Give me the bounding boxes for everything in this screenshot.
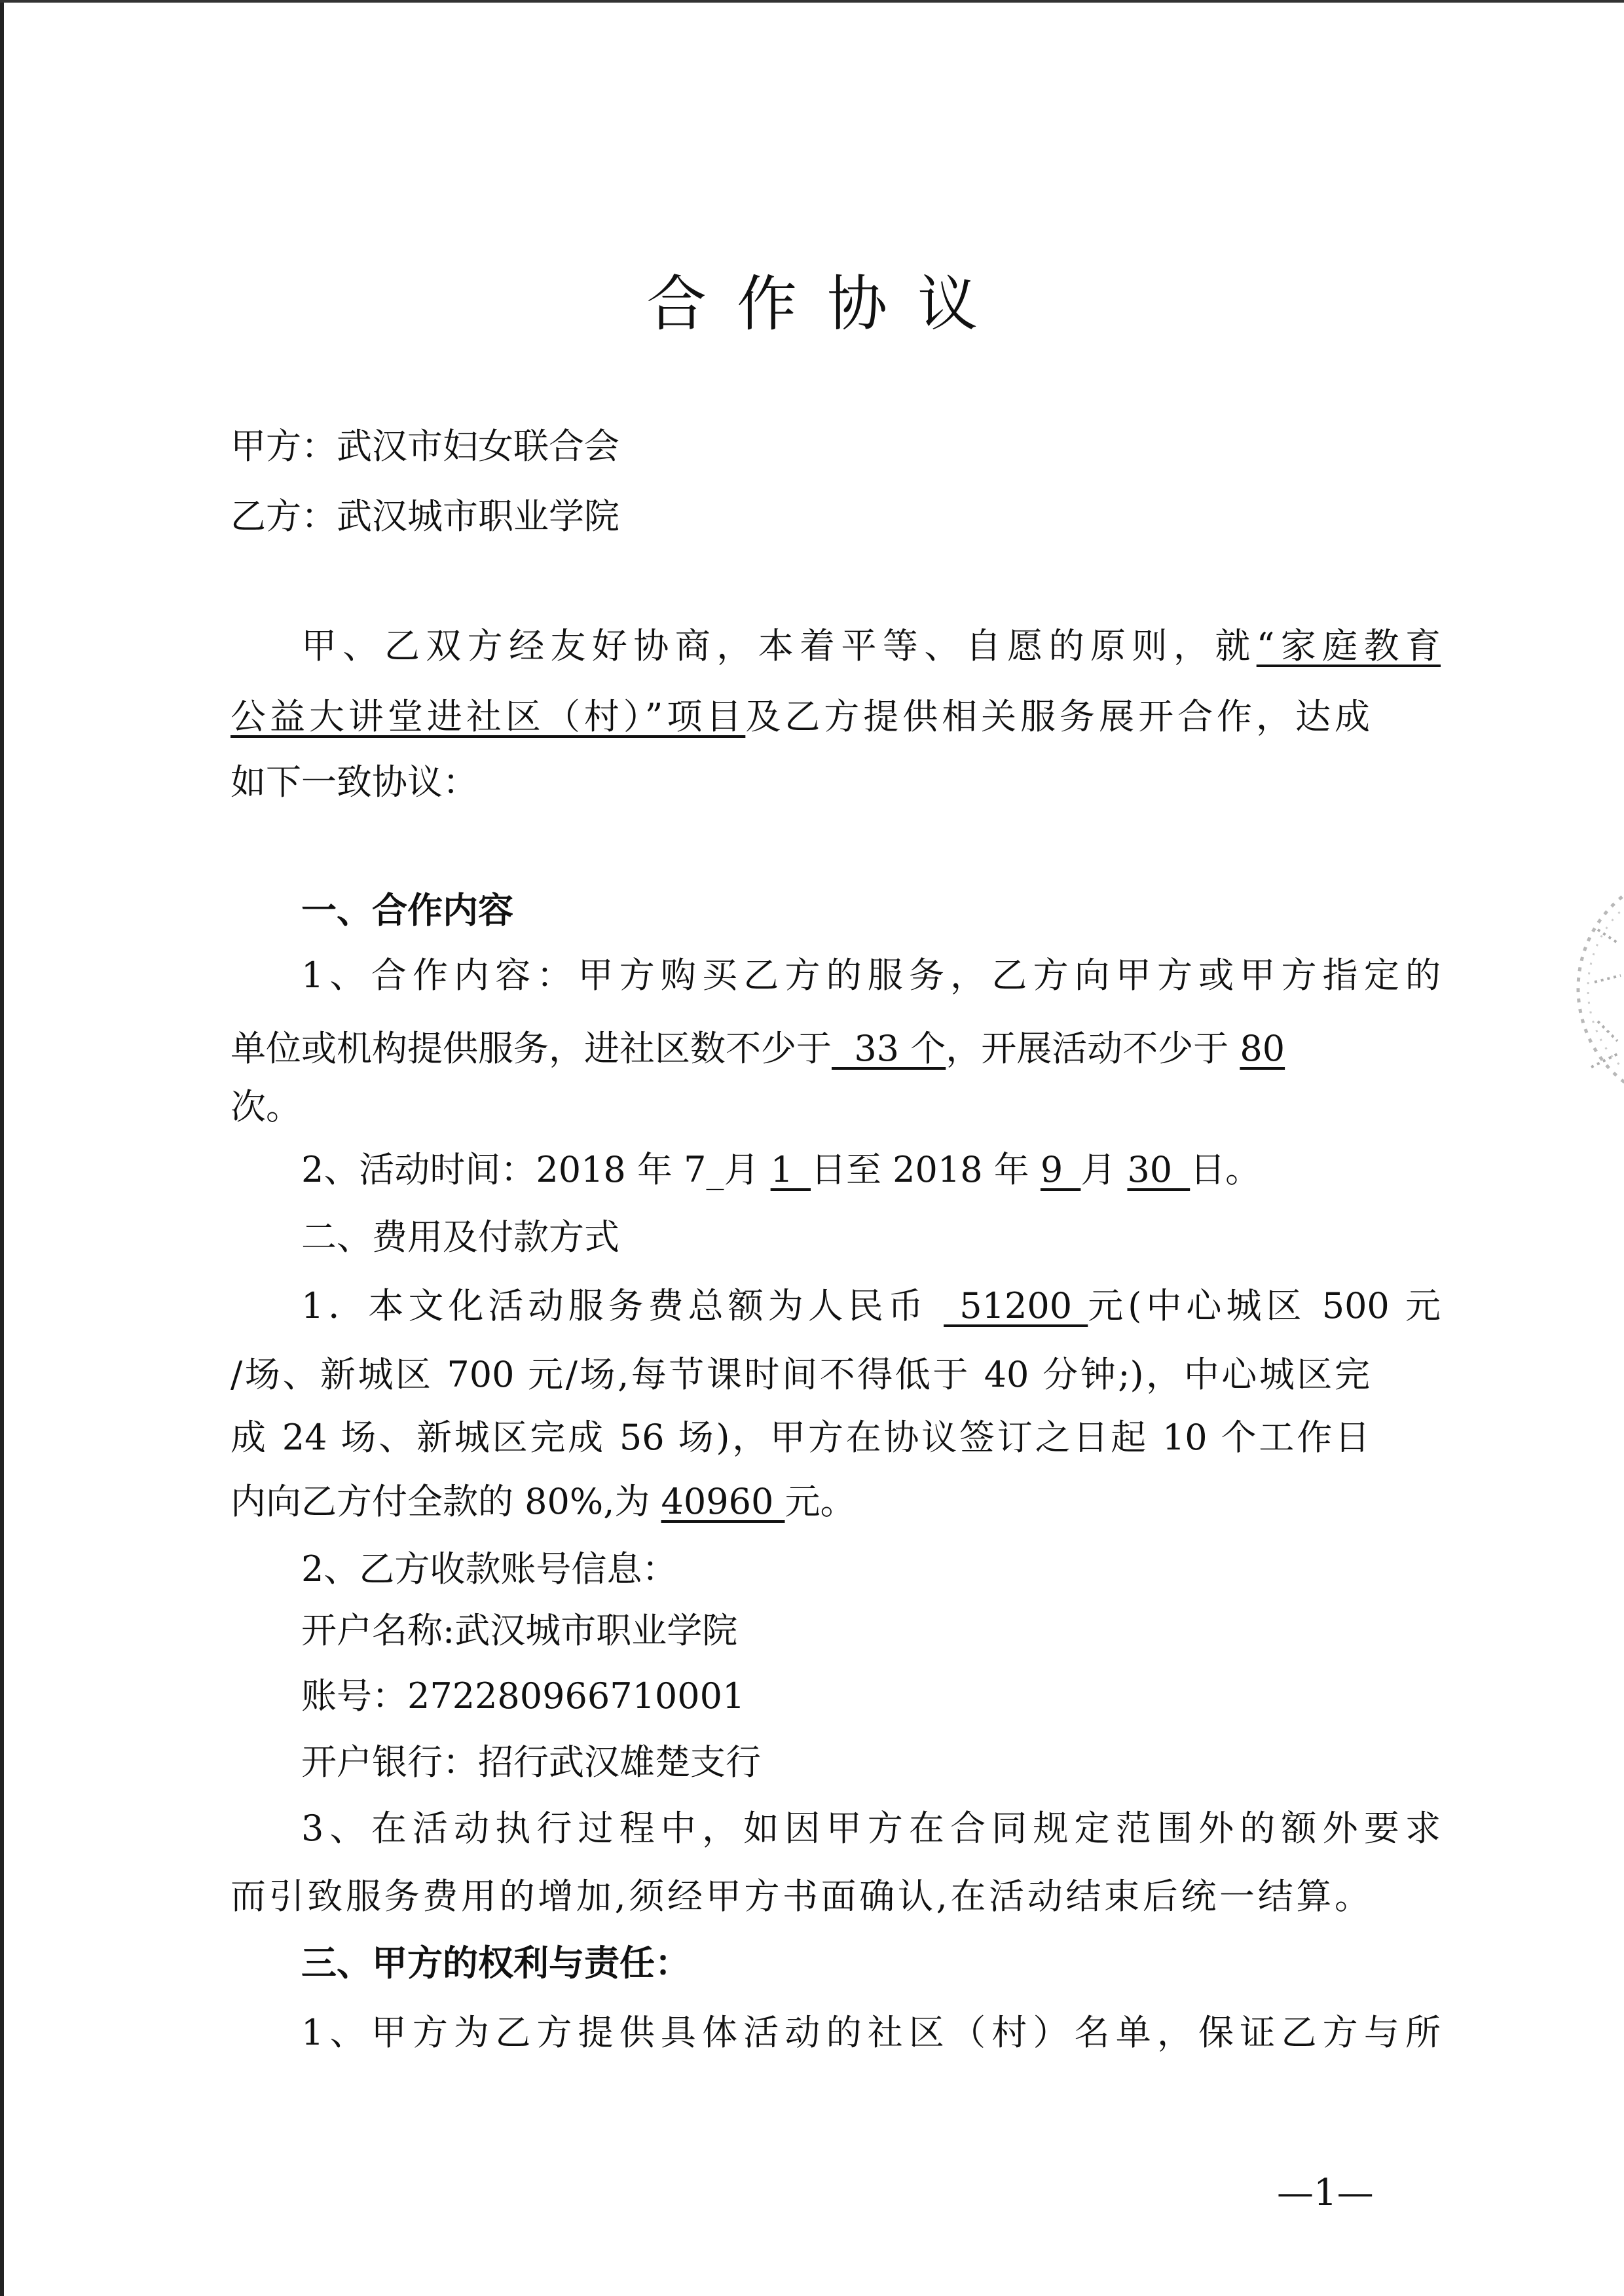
scan-border-left: [0, 0, 4, 2296]
text: 1．本文化活动服务费总额为人民币: [301, 1285, 944, 1326]
s1-item1-line2: 单位或机构提供服务，进社区数不少于 33 个，开展活动不少于 80: [231, 1026, 1370, 1072]
text: 月: [1080, 1149, 1127, 1190]
scan-border-top: [0, 0, 1624, 3]
preamble-line-3: 如下一致协议：: [231, 759, 1370, 805]
preamble-line-2: 公益大讲堂进社区（村）”项目及乙方提供相关服务展开合作，达成: [231, 694, 1370, 740]
s2-item1-line1: 1．本文化活动服务费总额为人民币 51200 元(中心城区 500 元: [231, 1283, 1441, 1329]
text: 2、活动时间：2018 年 7_月: [301, 1149, 771, 1190]
section-1-heading: 一、合作内容: [231, 887, 1441, 933]
s1-item2-dates: 2、活动时间：2018 年 7_月 1_日至 2018 年 9_月 30_日。: [231, 1147, 1441, 1193]
document-title: 合作协议: [0, 268, 1624, 340]
project-name-underlined: “家庭教育: [1257, 625, 1441, 666]
text: 日。: [1190, 1149, 1261, 1190]
text: 单位或机构提供服务，进社区数不少于: [231, 1028, 832, 1069]
page-number: —1—: [1277, 2167, 1374, 2219]
community-count: 33 个: [832, 1028, 946, 1069]
account-number: 账号：272280966710001: [231, 1673, 1441, 1719]
text: 内向乙方付全款的 80%,为: [231, 1481, 661, 1522]
party-a-name: 武汉市妇女联合会: [337, 426, 619, 467]
bank-name: 开户银行：招行武汉雄楚支行: [231, 1740, 1441, 1785]
party-a-label: 甲方：: [231, 426, 337, 467]
activity-count: 80: [1240, 1028, 1285, 1069]
s1-item1-line3: 次。: [231, 1084, 1370, 1130]
section-2-heading: 二、费用及付款方式: [231, 1214, 1441, 1260]
party-b: 乙方：武汉城市职业学院: [231, 494, 1370, 539]
s2-item1-line3: 成 24 场、新城区完成 56 场)，甲方在协议签订之日起 10 个工作日: [231, 1415, 1370, 1461]
total-fee: 51200: [944, 1285, 1088, 1326]
project-name-underlined: 公益大讲堂进社区（村）”项目: [231, 696, 745, 737]
text: ，开展活动不少于: [946, 1028, 1240, 1069]
text: 元。: [784, 1481, 855, 1522]
advance-amount: 40960: [661, 1481, 785, 1522]
s1-item1-line1: 1、合作内容：甲方购买乙方的服务，乙方向甲方或甲方指定的: [231, 953, 1441, 998]
s2-item1-line2: /场、新城区 700 元/场,每节课时间不得低于 40 分钟;)，中心城区完: [231, 1352, 1370, 1398]
section-3-heading: 三、甲方的权利与责任：: [231, 1940, 1441, 1986]
s2-item3-line2: 而引致服务费用的增加,须经甲方书面确认,在活动结束后统一结算。: [231, 1874, 1370, 1920]
s3-item1-line1: 1、甲方为乙方提供具体活动的社区（村）名单，保证乙方与所: [231, 2010, 1441, 2056]
party-a: 甲方：武汉市妇女联合会: [231, 424, 1370, 469]
party-b-name: 武汉城市职业学院: [337, 496, 619, 537]
text: 元(中心城区 500 元: [1088, 1285, 1441, 1326]
party-b-label: 乙方：: [231, 496, 337, 537]
end-month: 9_: [1041, 1149, 1080, 1190]
account-name: 开户名称:武汉城市职业学院: [231, 1608, 1441, 1654]
preamble-text: 甲、乙双方经友好协商，本着平等、自愿的原则，就: [301, 625, 1257, 666]
s2-item2-heading: 2、乙方收款账号信息：: [231, 1546, 1441, 1592]
preamble-line-1: 甲、乙双方经友好协商，本着平等、自愿的原则，就“家庭教育: [231, 623, 1441, 669]
end-day: 30_: [1127, 1149, 1190, 1190]
preamble-text: 及乙方提供相关服务展开合作，达成: [745, 696, 1370, 737]
start-day: 1_: [771, 1149, 811, 1190]
s2-item1-line4: 内向乙方付全款的 80%,为 40960 元。: [231, 1479, 1370, 1525]
text: 日至 2018 年: [811, 1149, 1041, 1190]
s2-item3-line1: 3、在活动执行过程中，如因甲方在合同规定范围外的额外要求: [231, 1806, 1441, 1851]
seal-stamp-icon: [1559, 851, 1624, 1126]
